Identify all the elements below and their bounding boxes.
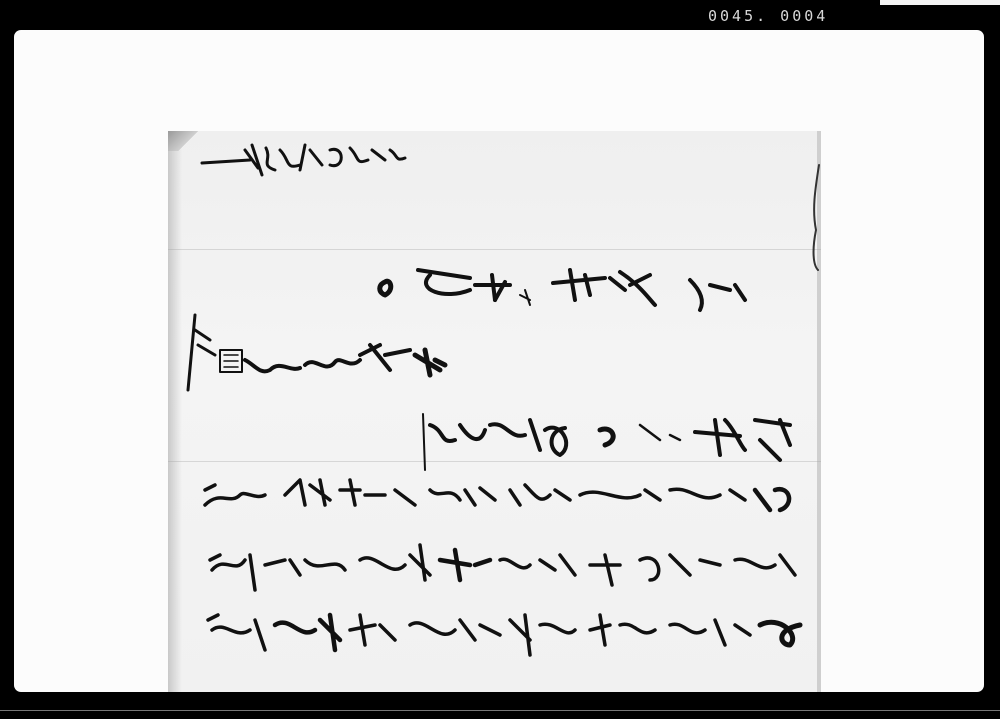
microfilm-frame: 0045. 0004	[0, 0, 1000, 719]
line-4	[423, 414, 790, 470]
line-1	[202, 145, 405, 175]
line-6	[210, 545, 795, 590]
line-5	[205, 480, 789, 510]
page-edge-curl	[814, 165, 819, 270]
line-2	[380, 270, 745, 310]
line-3	[188, 315, 445, 390]
line-7	[208, 615, 800, 655]
film-edge-line	[0, 710, 1000, 711]
handwritten-text	[0, 0, 1000, 719]
